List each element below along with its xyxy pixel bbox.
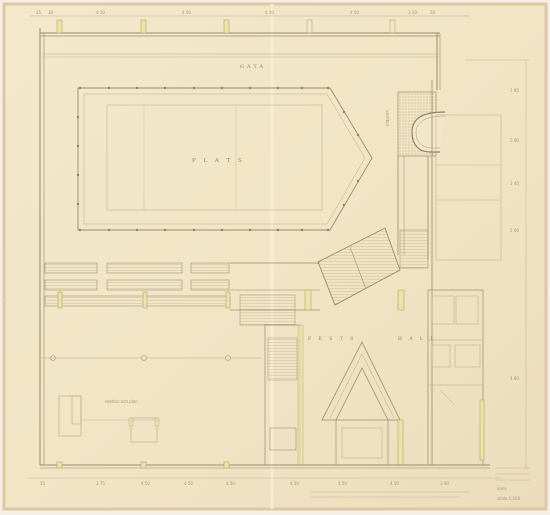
- floor-plan-drawing: 25 30 4 50 4 50 4 50 4 50 3 50 50 GATA: [0, 0, 550, 515]
- svg-text:2 85: 2 85: [510, 88, 519, 93]
- svg-text:3 50: 3 50: [408, 10, 417, 15]
- floor-plan-sheet: 25 30 4 50 4 50 4 50 4 50 3 50 50 GATA: [0, 0, 550, 515]
- svg-text:50: 50: [430, 10, 436, 15]
- paper-sheet: [4, 4, 546, 509]
- svg-text:5 00: 5 00: [510, 228, 519, 233]
- svg-text:4 80: 4 80: [510, 376, 519, 381]
- svg-text:4 50: 4 50: [141, 481, 150, 486]
- hall-label: H A L L: [398, 336, 436, 342]
- svg-text:5 00: 5 00: [510, 138, 519, 143]
- svg-text:skala 1:100: skala 1:100: [497, 496, 521, 501]
- svg-text:4 50: 4 50: [184, 481, 193, 486]
- svg-text:30: 30: [48, 10, 54, 15]
- svg-text:4 50: 4 50: [226, 481, 235, 486]
- svg-text:4 50: 4 50: [390, 481, 399, 486]
- svg-text:4 50: 4 50: [182, 10, 191, 15]
- svg-text:4 50: 4 50: [96, 10, 105, 15]
- svg-text:4 50: 4 50: [290, 481, 299, 486]
- svg-text:3 40: 3 40: [510, 181, 519, 186]
- svg-text:4 50: 4 50: [338, 481, 347, 486]
- svg-text:4 50: 4 50: [350, 10, 359, 15]
- detail-caption: sektion och plan: [105, 399, 138, 404]
- pilaster: [57, 20, 62, 33]
- pilaster: [141, 20, 146, 33]
- fests-label: F E S T S: [308, 336, 356, 342]
- svg-text:vestibul: vestibul: [385, 110, 390, 126]
- svg-text:25: 25: [40, 481, 46, 486]
- svg-text:anm.: anm.: [497, 486, 507, 491]
- svg-text:3 75: 3 75: [96, 481, 105, 486]
- svg-text:3 00: 3 00: [440, 481, 449, 486]
- pilaster: [224, 20, 229, 33]
- plats-label: P L A T S: [192, 158, 245, 164]
- svg-text:25: 25: [36, 10, 42, 15]
- street-label: GATA: [240, 64, 266, 70]
- svg-text:4 50: 4 50: [265, 10, 274, 15]
